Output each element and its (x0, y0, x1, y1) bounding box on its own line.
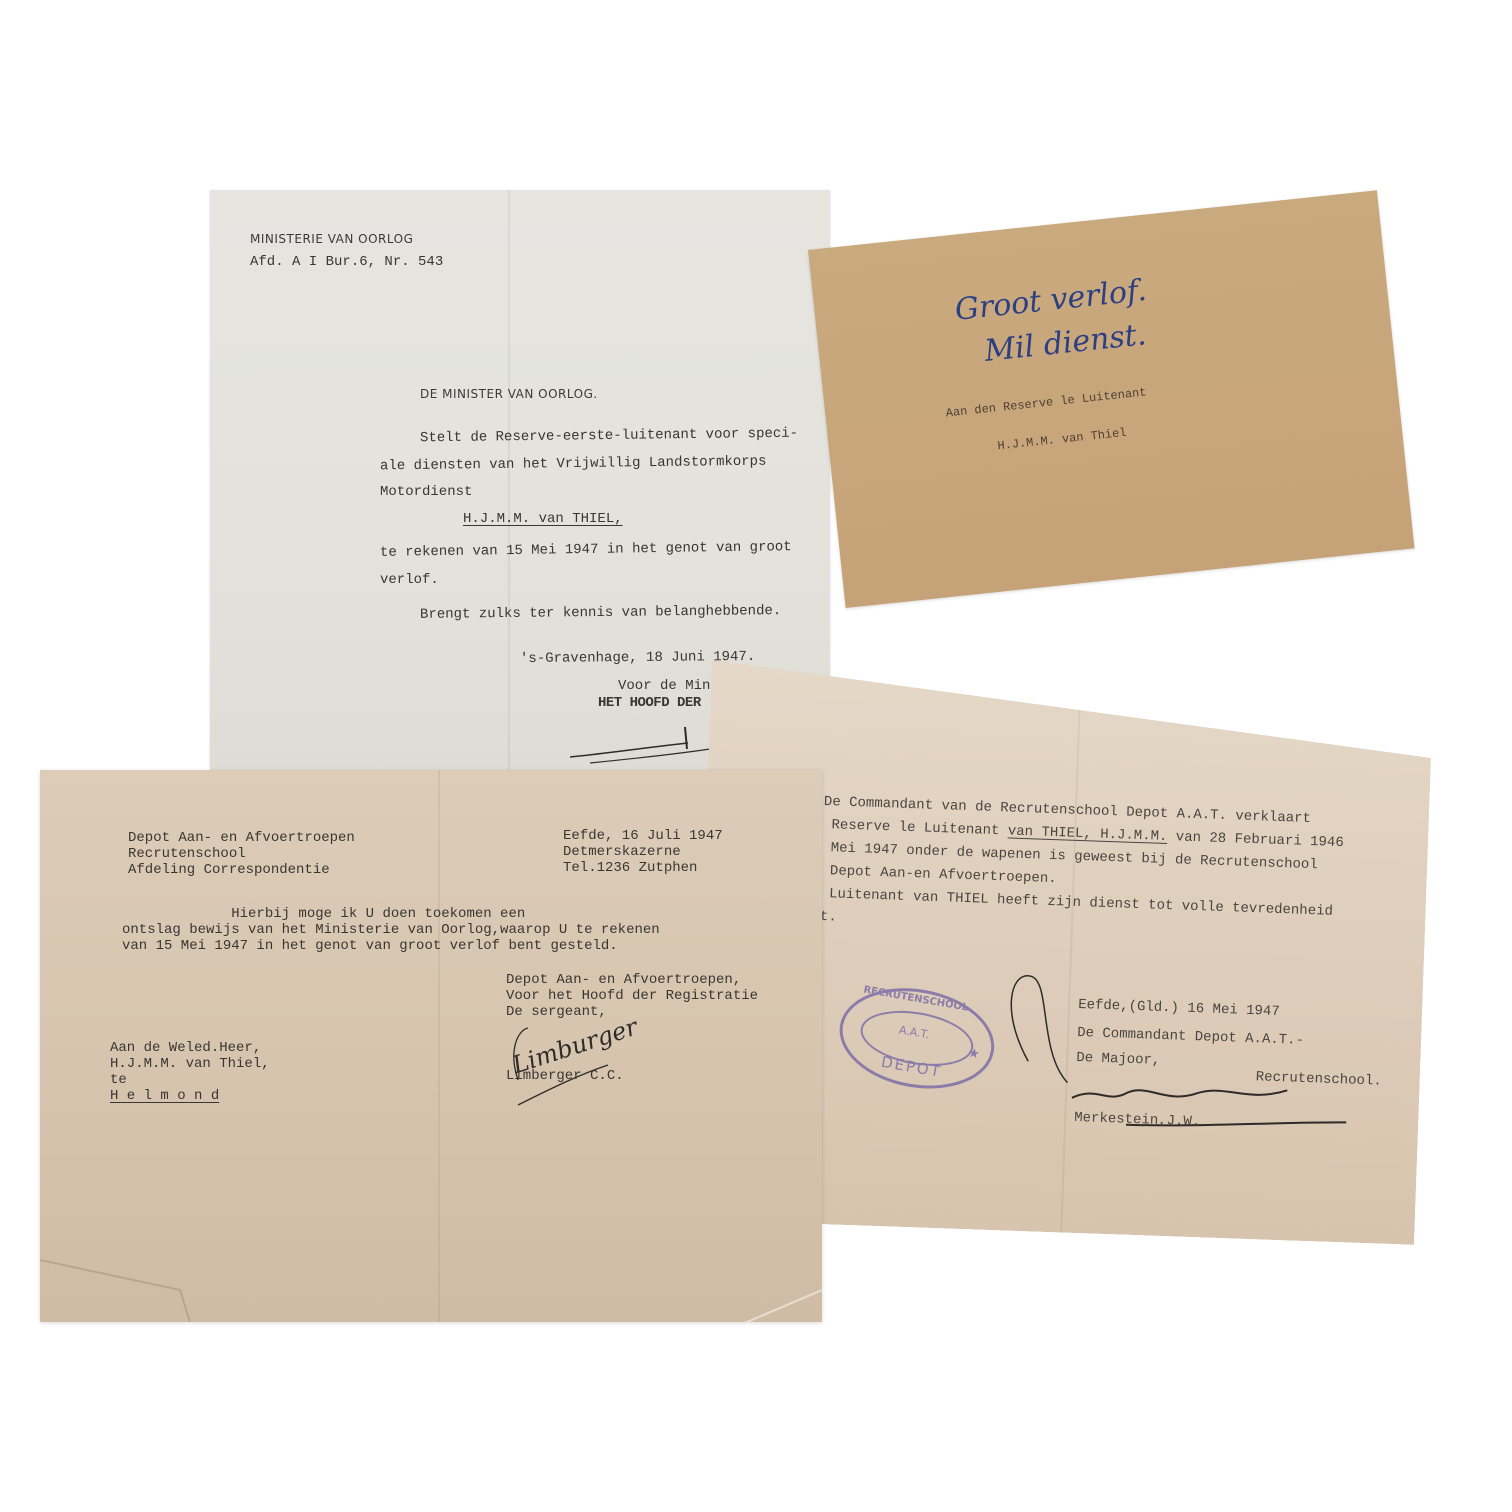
document-title: DE MINISTER VAN OORLOG. (420, 387, 598, 401)
handwritten-note: Mil dienst. (983, 317, 1148, 369)
signature-block-line: Depot Aan- en Afvoertroepen, (506, 972, 741, 988)
body-line: van 15 Mei 1947 in het genot van groot v… (122, 938, 618, 954)
letterhead: MINISTERIE VAN OORLOG (250, 232, 413, 246)
fold-line (1060, 673, 1082, 1233)
signoff-line: HET HOOFD DER (598, 695, 701, 711)
sender-line: Depot Aan- en Afvoertroepen (128, 830, 355, 846)
body-line: Motordienst (380, 484, 472, 500)
fold-line (508, 190, 510, 770)
body-text: van 28 Februari 1946 (1167, 829, 1344, 851)
signature-icon (508, 1020, 628, 1110)
body-line: Stelt de Reserve-eerste-luitenant voor s… (420, 426, 798, 447)
signature-block-line: De sergeant, (506, 1004, 607, 1020)
sender-line: Recrutenschool (128, 846, 246, 862)
depot-letter: Depot Aan- en Afvoertroepen Recrutenscho… (40, 770, 822, 1322)
signoff-line: Voor de Min (618, 678, 710, 694)
body-line: Hierbij moge ik U doen toekomen een (122, 906, 525, 922)
reference-number: Afd. A I Bur.6, Nr. 543 (250, 254, 443, 270)
addressee-line: Aan den Reserve le Luitenant (945, 385, 1147, 420)
closing-line: Brengt zulks ter kennis van belanghebben… (420, 603, 781, 623)
recipient-name: H.J.M.M. van THIEL, (463, 511, 623, 527)
body-line: ontslag bewijs van het Ministerie van Oo… (122, 922, 660, 938)
telephone: Tel.1236 Zutphen (563, 860, 697, 876)
barracks: Detmerskazerne (563, 844, 681, 860)
sender-line: Afdeling Correspondentie (128, 862, 330, 878)
body-line: ale diensten van het Vrijwillig Landstor… (380, 454, 767, 475)
depot-stamp: RECRUTENSCHOOL A.A.T. DEPOT ★ (832, 977, 1003, 1101)
body-line: verlof. (380, 572, 439, 588)
signature-icon (570, 725, 720, 765)
place-date: Eefde, 16 Juli 1947 (563, 828, 723, 844)
body-line: et Depot Aan-en Afvoertroepen. (804, 862, 1056, 887)
corner-crease (40, 1190, 822, 1322)
signer-name: Limberger C.C. (506, 1068, 624, 1084)
address-line: Aan de Weled.Heer, (110, 1040, 261, 1056)
stamp-top-text: RECRUTENSCHOOL (863, 984, 969, 1013)
body-line: De Luitenant van THIEL heeft zijn dienst… (804, 885, 1334, 919)
body-line: te rekenen van 15 Mei 1947 in het genot … (380, 539, 792, 561)
address-line: te (110, 1072, 127, 1088)
body-text: de Reserve le Luitenant (806, 816, 1008, 839)
signature-block-line: Voor het Hoofd der Registratie (506, 988, 758, 1004)
envelope: Groot verlof. Mil dienst. Aan den Reserv… (808, 190, 1414, 608)
subject-name: van THIEL, H.J.M.M. (1008, 823, 1168, 845)
star-icon: ★ (967, 1046, 981, 1063)
address-city: H e l m o n d (110, 1088, 219, 1104)
address-line: H.J.M.M. van Thiel, (110, 1056, 270, 1072)
addressee-name: H.J.M.M. van Thiel (997, 426, 1127, 453)
